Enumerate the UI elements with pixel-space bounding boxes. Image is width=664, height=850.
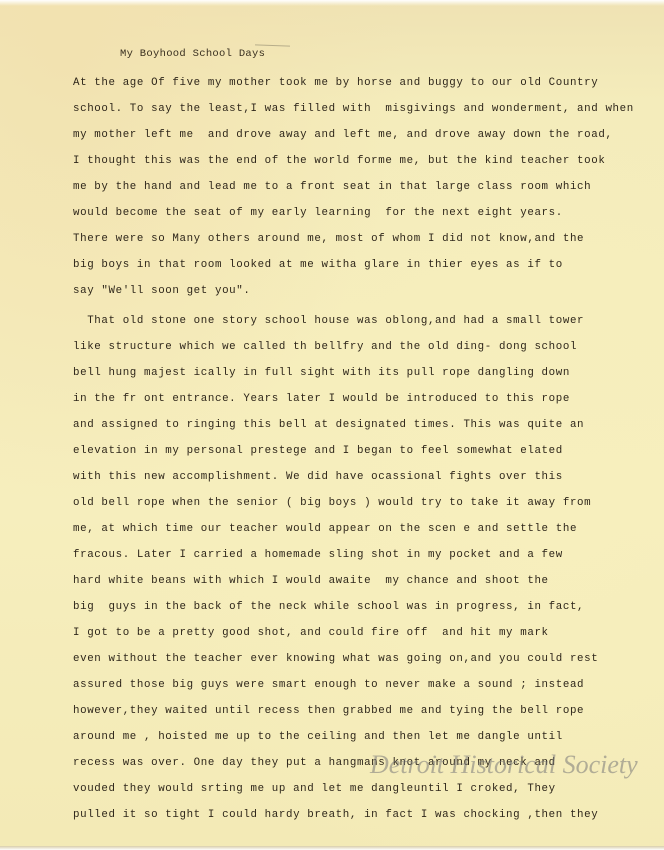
- text-line: vouded they would srting me up and let m…: [73, 782, 556, 796]
- text-line: old bell rope when the senior ( big boys…: [73, 496, 591, 510]
- document-title: My Boyhood School Days: [120, 48, 265, 60]
- text-line: pulled it so tight I could hardy breath,…: [73, 808, 598, 822]
- text-line: like structure which we called th bellfr…: [73, 340, 577, 354]
- text-line: and assigned to ringing this bell at des…: [73, 418, 584, 432]
- text-line: elevation in my personal prestege and I …: [73, 444, 563, 458]
- text-line: with this new accomplishment. We did hav…: [73, 470, 563, 484]
- text-line: say "We'll soon get you".: [73, 284, 250, 298]
- text-line: bell hung majest ically in full sight wi…: [73, 366, 570, 380]
- text-line: big boys in that room looked at me witha…: [73, 258, 563, 272]
- pencil-mark: [255, 44, 290, 46]
- text-line: even without the teacher ever knowing wh…: [73, 652, 598, 666]
- text-line: I got to be a pretty good shot, and coul…: [73, 626, 549, 640]
- text-line: in the fr ont entrance. Years later I wo…: [73, 392, 570, 406]
- text-line: however,they waited until recess then gr…: [73, 704, 584, 718]
- text-line: At the age Of five my mother took me by …: [73, 76, 598, 90]
- text-line: fracous. Later I carried a homemade slin…: [73, 548, 563, 562]
- paper-top-edge: [0, 0, 664, 6]
- watermark: Detroit Historical Society: [370, 750, 638, 780]
- text-line: I thought this was the end of the world …: [73, 154, 605, 168]
- text-line: hard white beans with which I would awai…: [73, 574, 549, 588]
- text-line: would become the seat of my early learni…: [73, 206, 563, 220]
- text-line: That old stone one story school house wa…: [73, 314, 584, 328]
- text-line: assured those big guys were smart enough…: [73, 678, 584, 692]
- text-line: big guys in the back of the neck while s…: [73, 600, 584, 614]
- document-page: My Boyhood School Days At the age Of fiv…: [0, 0, 664, 850]
- text-line: school. To say the least,I was filled wi…: [73, 102, 634, 116]
- text-line: around me , hoisted me up to the ceiling…: [73, 730, 563, 744]
- text-line: me, at which time our teacher would appe…: [73, 522, 577, 536]
- text-line: There were so Many others around me, mos…: [73, 232, 584, 246]
- paper-bottom-edge: [0, 846, 664, 850]
- text-line: me by the hand and lead me to a front se…: [73, 180, 591, 194]
- text-line: my mother left me and drove away and lef…: [73, 128, 613, 142]
